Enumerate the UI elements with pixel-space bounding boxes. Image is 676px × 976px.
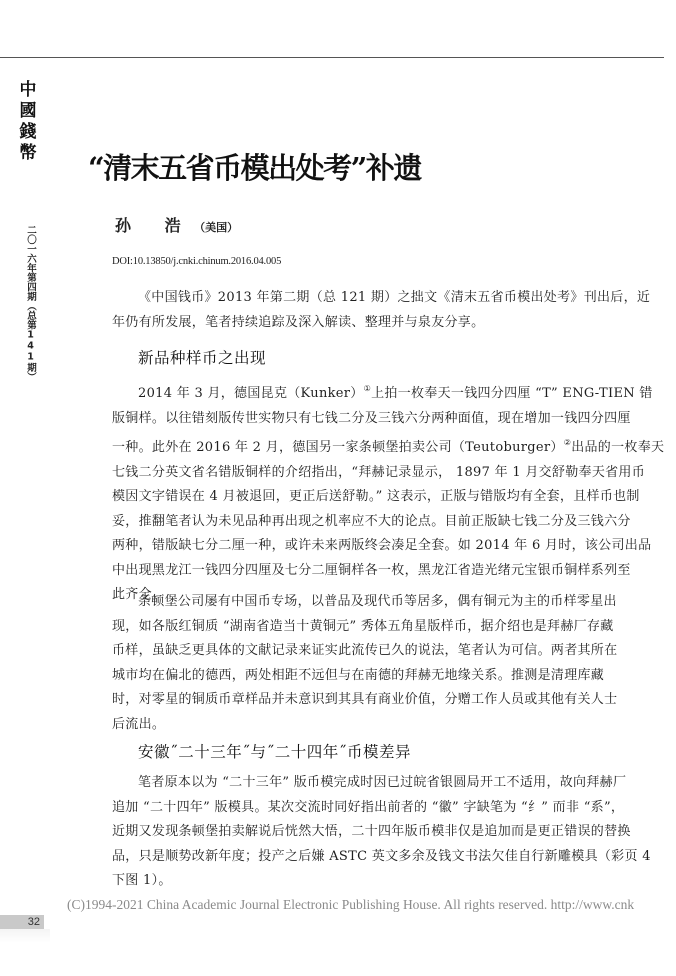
text-line: 币样，虽缺乏更具体的文献记录来证实此流传已久的说法，笔者认为可信。两者其所在 bbox=[112, 639, 638, 664]
issue-info-vertical: 二〇一六年第四期（总第141期） bbox=[22, 225, 36, 382]
text-line: 模因文字错误在 4 月被退回，更正后送舒勒。” 这表示，正版与错版均有全套，且样… bbox=[112, 485, 638, 510]
text-line: 笔者原本以为 “二十三年” 版币模完成时因已过皖省银圆局开工不适用，故向拜赫厂 bbox=[112, 771, 638, 796]
text-line: 两种，错版缺七分二厘一种，或许未来两版终会凑足全套。如 2014 年 6 月时，… bbox=[112, 534, 638, 559]
paragraph-2: 2014 年 3 月，德国昆克（Kunker）①上拍一枚奉天一钱四分四厘 “T”… bbox=[112, 377, 638, 608]
text-line: 2014 年 3 月，德国昆克（Kunker）①上拍一枚奉天一钱四分四厘 “T”… bbox=[112, 377, 638, 407]
text-line: 《中国钱币》2013 年第二期（总 121 期）之拙文《清末五省币模出处考》刊出… bbox=[112, 286, 638, 311]
author-name: 孙 浩 bbox=[115, 216, 195, 235]
journal-name-vertical: 中 國 錢 幣 bbox=[18, 80, 38, 164]
page-number: 32 bbox=[0, 915, 44, 929]
section-heading-2: 安徽˝二十三年˝与˝二十四年˝币模差异 bbox=[138, 740, 411, 762]
paragraph-1: 《中国钱币》2013 年第二期（总 121 期）之拙文《清末五省币模出处考》刊出… bbox=[112, 286, 638, 335]
text-line: 城市均在偏北的德西，两处相距不远但与在南德的拜赫无地缘关系。推测是清理库藏 bbox=[112, 664, 638, 689]
journal-char: 國 bbox=[18, 101, 38, 122]
text-line: 条顿堡公司屡有中国币专场，以普品及现代币等居多，偶有铜元为主的币样零星出 bbox=[112, 590, 638, 615]
text-line: 近期又发现条顿堡拍卖解说后恍然大悟，二十四年版币模非仅是追加而是更正错误的替换 bbox=[112, 820, 638, 845]
text-line: 时，对零星的铜质币章样品并未意识到其具有商业价值，分赠工作人员或其他有关人士 bbox=[112, 688, 638, 713]
section-heading-1: 新品种样币之出现 bbox=[138, 346, 266, 368]
text-line: 中出现黑龙江一钱四分四厘及七分二厘铜样各一枚，黑龙江省造光绪元宝银币铜样系列至 bbox=[112, 559, 638, 584]
journal-char: 錢 bbox=[18, 122, 38, 143]
author-line: 孙 浩 （美国） bbox=[115, 213, 238, 236]
text-line: 妥，推翻笔者认为未见品种再出现之机率应不大的论点。目前正版缺七钱二分及三钱六分 bbox=[112, 510, 638, 535]
article-title: “清末五省币模出处考”补遗 bbox=[88, 146, 421, 187]
journal-char: 幣 bbox=[18, 143, 38, 164]
text-segment: 出品的一枚奉天 bbox=[571, 440, 664, 455]
text-line: 追加 “二十四年” 版模具。某次交流时同好指出前者的 “徽” 字缺笔为 “纟” … bbox=[112, 796, 638, 821]
text-line: 现，如各版红铜质 “湖南省造当十黄铜元” 秀体五角星版样币，据介绍也是拜赫厂存藏 bbox=[112, 615, 638, 640]
text-line: 一种。此外在 2016 年 2 月，德国另一家条顿堡拍卖公司（Teutoburg… bbox=[112, 431, 638, 461]
text-segment: 2014 年 3 月，德国昆克（Kunker） bbox=[138, 386, 364, 401]
paragraph-3: 条顿堡公司屡有中国币专场，以普品及现代币等居多，偶有铜元为主的币样零星出 现，如… bbox=[112, 590, 638, 737]
text-line: 年仍有所发展，笔者持续追踪及深入解读、整理并与泉友分享。 bbox=[112, 311, 638, 336]
paragraph-4: 笔者原本以为 “二十三年” 版币模完成时因已过皖省银圆局开工不适用，故向拜赫厂 … bbox=[112, 771, 638, 894]
header-rule bbox=[0, 57, 664, 58]
text-line: 下图 1）。 bbox=[112, 869, 638, 894]
footnote-mark-1[interactable]: ① bbox=[364, 384, 371, 393]
copyright-notice: (C)1994-2021 China Academic Journal Elec… bbox=[67, 897, 634, 913]
text-line: 后流出。 bbox=[112, 713, 638, 738]
text-line: 品，只是顺势改新年度；投产之后嫌 ASTC 英文多余及钱文书法欠佳自行新雕模具（… bbox=[112, 845, 638, 870]
journal-char: 中 bbox=[18, 80, 38, 101]
page-number-shadow bbox=[0, 929, 50, 943]
doi: DOI:10.13850/j.cnki.chinum.2016.04.005 bbox=[112, 256, 281, 267]
text-segment: 上拍一枚奉天一钱四分四厘 “T” ENG-TIEN 错 bbox=[371, 386, 653, 401]
text-line: 版铜样。以往错刻版传世实物只有七钱二分及三钱六分两种面值，现在增加一钱四分四厘 bbox=[112, 407, 638, 432]
text-line: 七钱二分英文省名错版铜样的介绍指出，“拜赫记录显示， 1897 年 1 月交舒勒… bbox=[112, 461, 638, 486]
text-segment: 一种。此外在 2016 年 2 月，德国另一家条顿堡拍卖公司（Teutoburg… bbox=[112, 440, 564, 455]
author-country: （美国） bbox=[194, 221, 238, 234]
